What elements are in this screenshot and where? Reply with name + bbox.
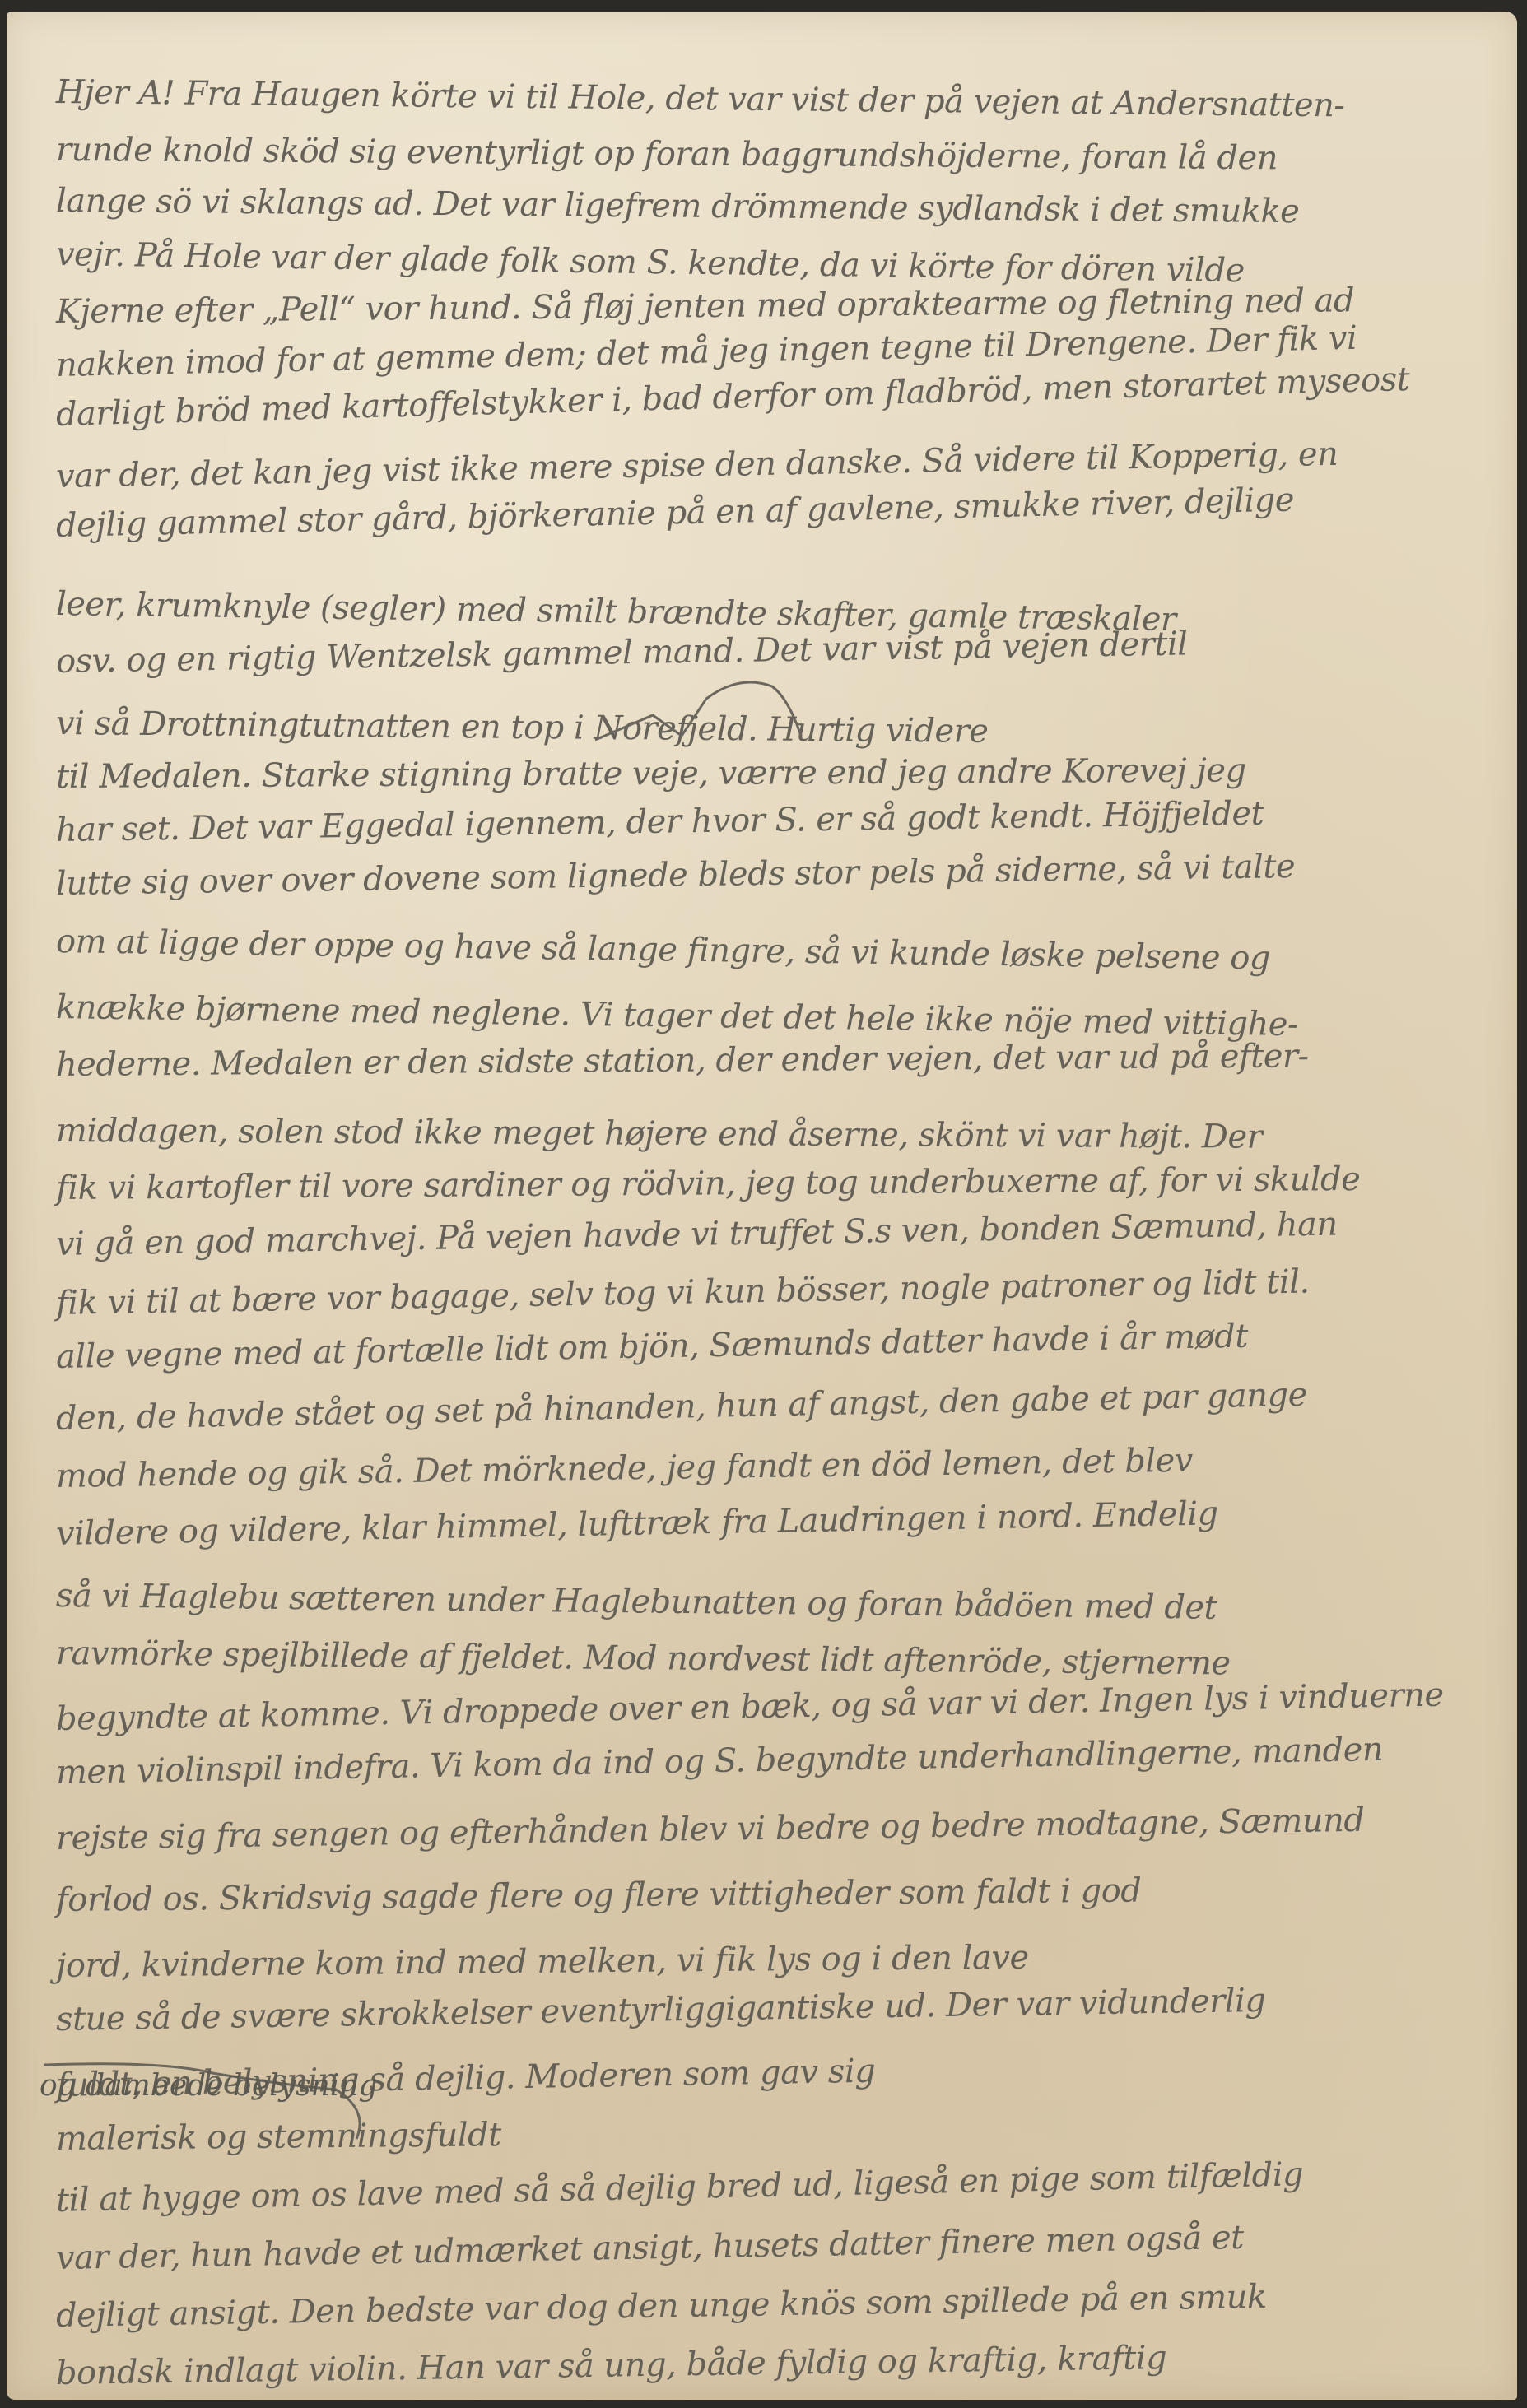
text-line: rejste sig fra sengen og efterhånden ble… [56,1802,1488,1855]
text-line: hederne. Medalen er den sidste station, … [56,1039,1488,1081]
text-line: mod hende og gik så. Det mörknede, jeg f… [56,1440,1488,1493]
text-line: lange sö vi sklangs ad. Det var ligefrem… [56,184,1488,230]
text-line: om at ligge der oppe og have så lange fi… [56,925,1488,978]
text-line: var der, hun havde et udmærket ansigt, h… [56,2217,1488,2275]
text-line: lutte sig over over dovene som lignede b… [56,848,1488,900]
text-line: fik vi til at bære vor bagage, selv tog … [56,1262,1488,1320]
mountain-sketch-icon [595,670,809,744]
text-line: til Medalen. Starke stigning bratte veje… [56,753,1488,793]
text-line: så vi Haglebu sætteren under Haglebunatt… [56,1579,1488,1627]
text-line: den, de havde stået og set på hinanden, … [56,1375,1488,1435]
text-line: runde knold sköd sig eventyrligt op fora… [56,133,1488,176]
text-line: forlod os. Skridsvig sagde flere og fler… [56,1871,1488,1917]
text-line: begyndte at komme. Vi droppede over en b… [56,1678,1488,1736]
text-line: knække bjørnene med neglene. Vi tager de… [56,991,1488,1044]
text-line: dejligt ansigt. Den bedste var dog den u… [56,2277,1488,2332]
text-line: alle vegne med at fortælle lidt om bjön,… [56,1316,1488,1374]
text-line: fik vi kartofler til vore sardiner og rö… [56,1162,1488,1205]
text-line: til at hygge om os lave med så så dejlig… [56,2155,1488,2217]
text-line: ravmörke spejlbillede af fjeldet. Mod no… [56,1637,1488,1682]
text-line: middagen, solen stod ikke meget højere e… [56,1114,1488,1155]
text-line: men violinspil indefra. Vi kom da ind og… [56,1732,1488,1789]
text-line: bondsk indlagt violin. Han var så ung, b… [56,2337,1488,2390]
text-line: vildere og vildere, klar himmel, lufttræ… [56,1493,1488,1550]
text-line: vi gå en god marchvej. På vejen havde vi… [56,1206,1488,1261]
text-line: Hjer A! Fra Haugen körte vi til Hole, de… [56,76,1488,123]
text-line: stue så de svære skrokkelser eventyrligg… [56,1981,1488,2036]
text-line: har set. Det var Eggedal igennem, der hv… [56,794,1488,847]
manuscript-page: Hjer A! Fra Haugen körte vi til Hole, de… [7,12,1517,2400]
text-line: jord, kvinderne kom ind med melken, vi f… [56,1937,1488,1983]
